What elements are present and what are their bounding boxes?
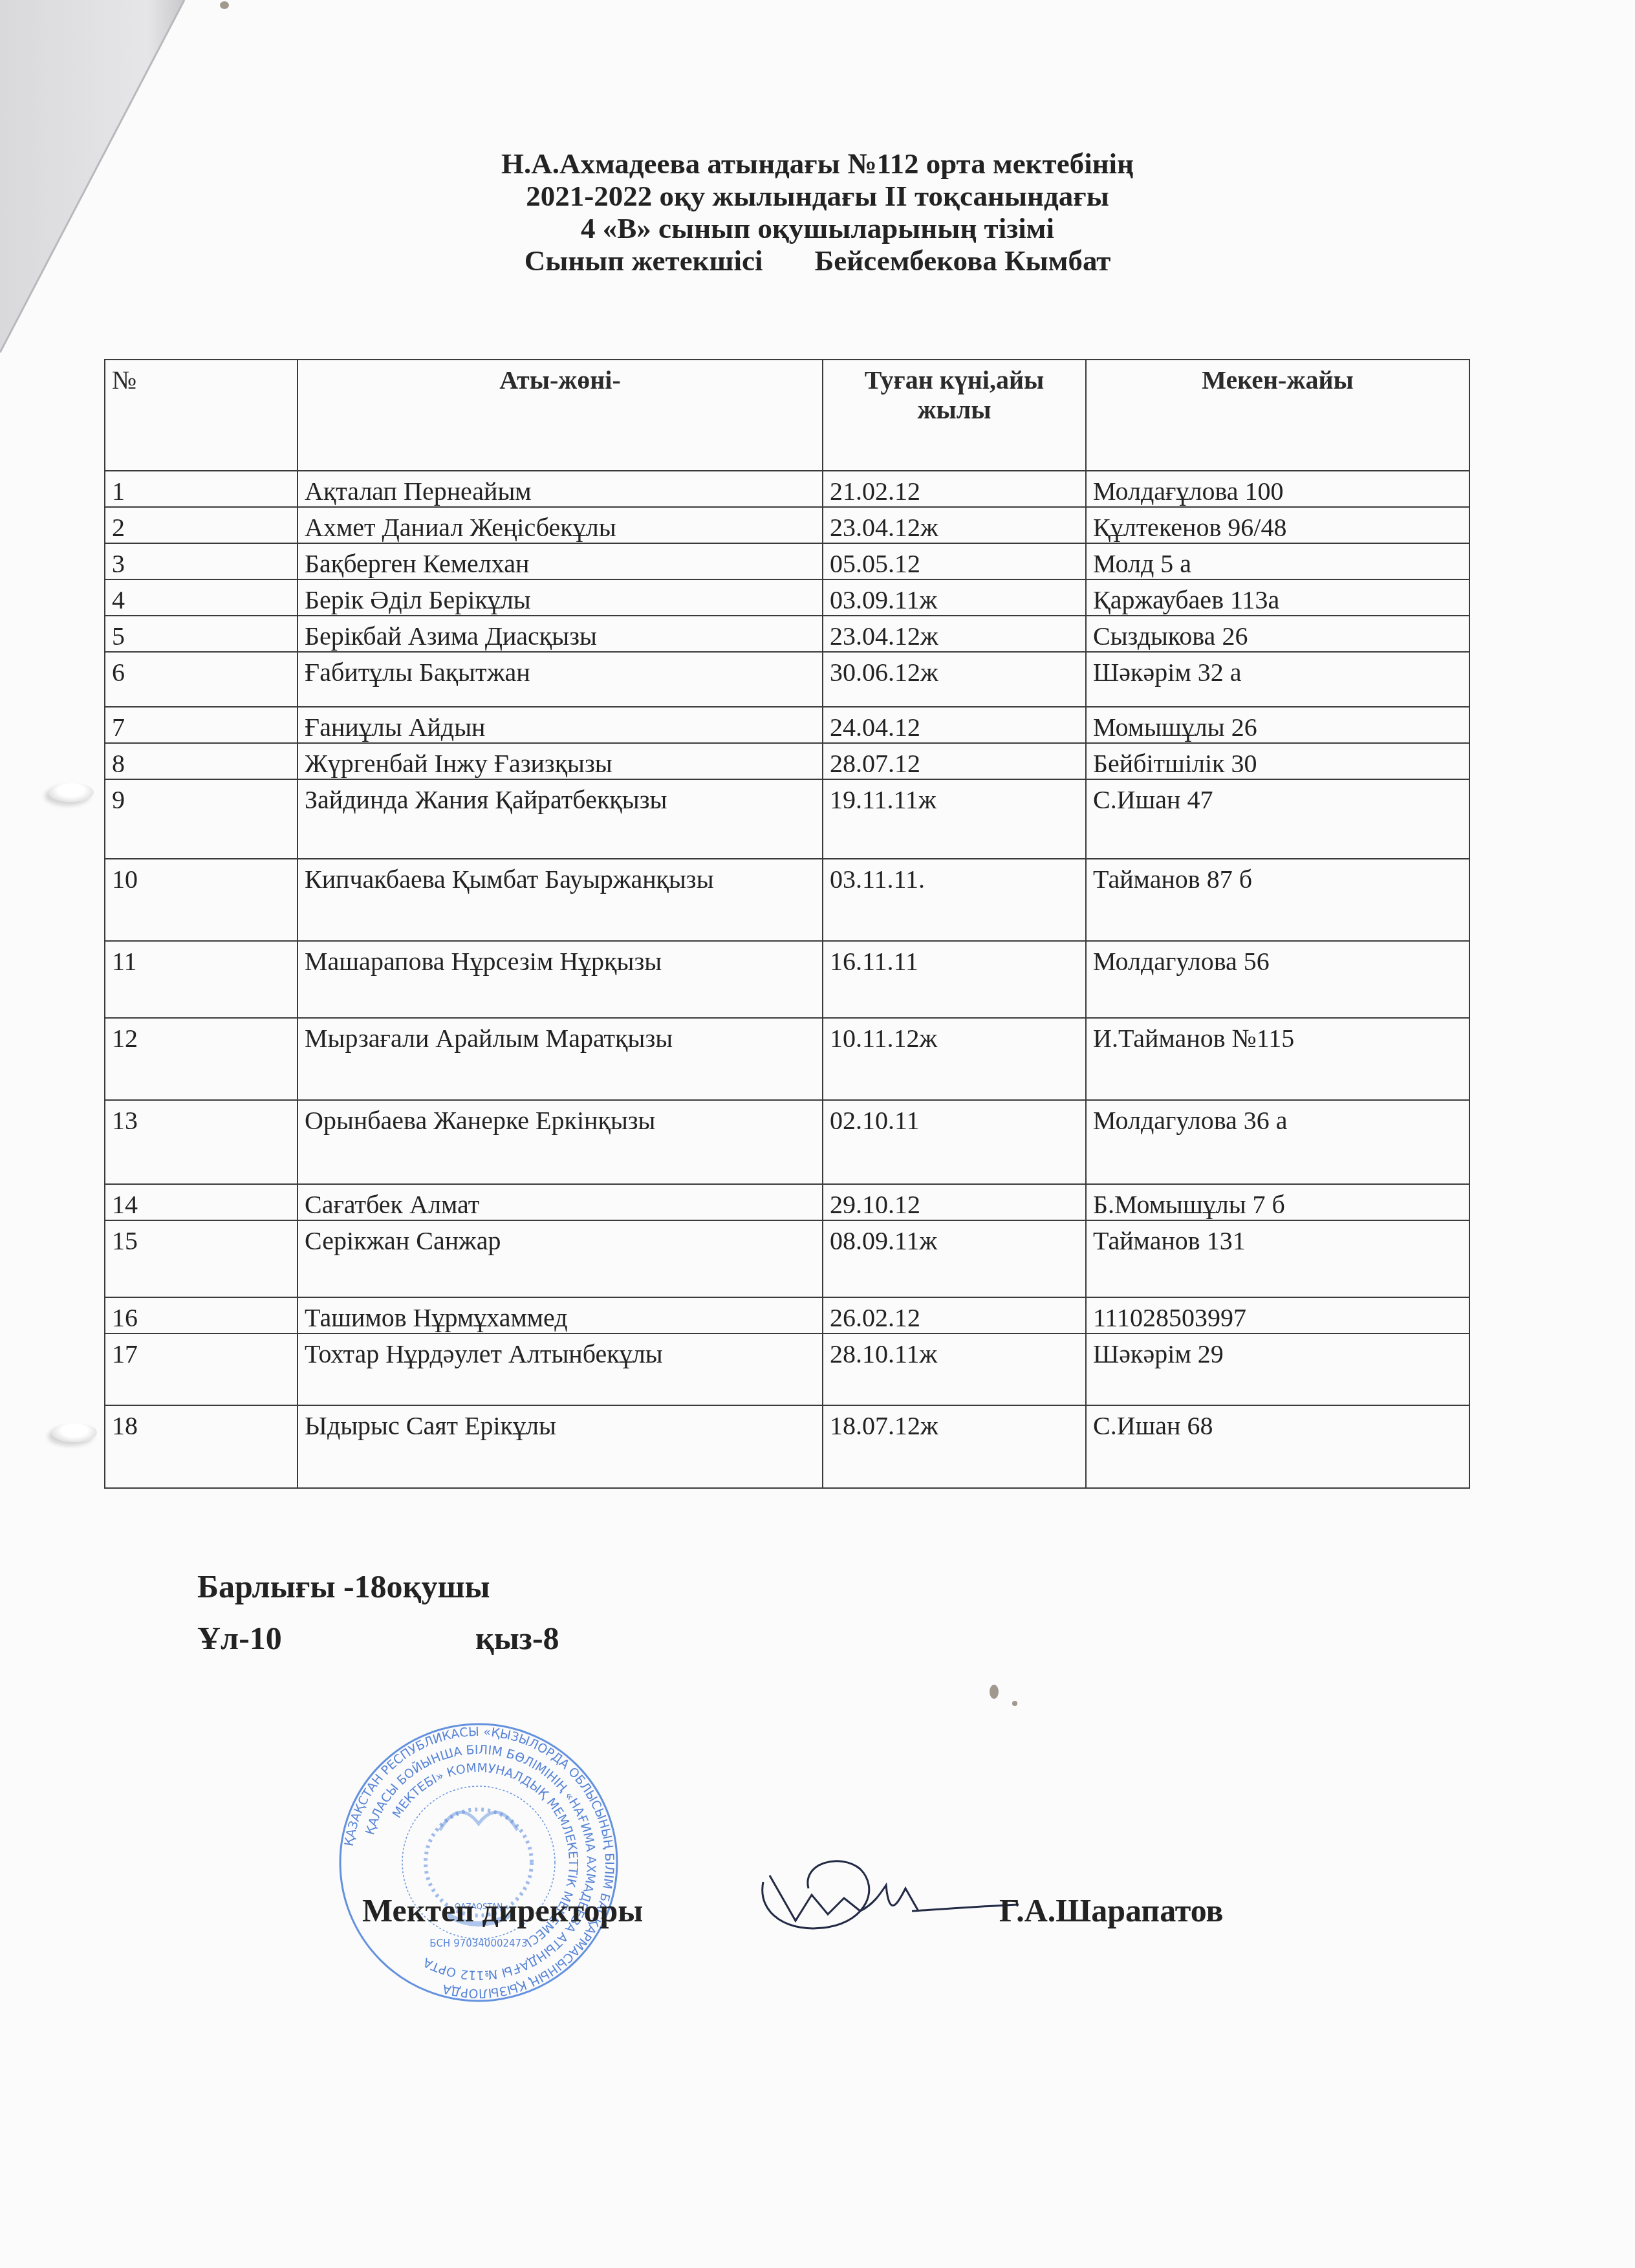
birth-date: 28.10.11ж [823,1334,1086,1405]
row-number: 15 [105,1220,298,1297]
table-row: 14Сағатбек Алмат29.10.12Б.Момышұлы 7 б [105,1184,1469,1220]
class-teacher-line: Сынып жетекшісіБейсембекова Кымбат [0,244,1635,277]
official-stamp: ҚАЗАҚСТАН РЕСПУБЛИКАСЫ «ҚЫЗЫЛОРДА ОБЛЫСЫ… [336,1720,621,2005]
paper-speck [220,1,229,9]
total-students: Барлығы -18оқушы [197,1568,490,1604]
row-number: 7 [105,707,298,743]
term-title: 2021-2022 оқу жылындағы ІІ тоқсанындағы [0,180,1635,212]
student-name: Тохтар Нұрдәулет Алтынбекұлы [298,1334,823,1405]
school-title: Н.А.Ахмадеева атындағы №112 орта мектебі… [0,147,1635,180]
birth-date: 05.05.12 [823,543,1086,579]
table-row: 2Ахмет Даниал Жеңісбекұлы23.04.12жҚұлтек… [105,507,1469,543]
birth-date: 26.02.12 [823,1297,1086,1334]
home-address: Шәкәрім 29 [1086,1334,1469,1405]
row-number: 5 [105,616,298,652]
birth-date: 02.10.11 [823,1100,1086,1184]
row-number: 14 [105,1184,298,1220]
home-address: С.Ишан 68 [1086,1405,1469,1488]
document-header: Н.А.Ахмадеева атындағы №112 орта мектебі… [0,147,1635,277]
student-name: Берік Әділ Берікұлы [298,579,823,616]
row-number: 4 [105,579,298,616]
row-number: 13 [105,1100,298,1184]
table-row: 9Зайдинда Жания Қайратбекқызы19.11.11жС.… [105,779,1469,859]
row-number: 2 [105,507,298,543]
row-number: 12 [105,1018,298,1100]
birth-date: 19.11.11ж [823,779,1086,859]
home-address: Бейбітшілік 30 [1086,743,1469,779]
home-address: Сыздыкова 26 [1086,616,1469,652]
header-number: № [105,360,298,471]
student-name: Зайдинда Жания Қайратбекқызы [298,779,823,859]
birth-date: 03.11.11. [823,859,1086,941]
table-row: 18Ыдырыс Саят Ерікұлы18.07.12жС.Ишан 68 [105,1405,1469,1488]
director-signature [750,1850,1022,1940]
student-name: Ақталап Пернеайым [298,471,823,507]
table-row: 15Серікжан Санжар08.09.11жТайманов 131 [105,1220,1469,1297]
birth-date: 30.06.12ж [823,652,1086,707]
table-row: 17Тохтар Нұрдәулет Алтынбекұлы28.10.11жШ… [105,1334,1469,1405]
birth-date: 10.11.12ж [823,1018,1086,1100]
student-name: Бақберген Кемелхан [298,543,823,579]
student-name: Орынбаева Жанерке Еркінқызы [298,1100,823,1184]
birth-date: 23.04.12ж [823,507,1086,543]
row-number: 8 [105,743,298,779]
header-full-name: Аты-жөні- [298,360,823,471]
home-address: Құлтекенов 96/48 [1086,507,1469,543]
table-row: 13Орынбаева Жанерке Еркінқызы02.10.11Мол… [105,1100,1469,1184]
student-name: Сағатбек Алмат [298,1184,823,1220]
table-row: 16Ташимов Нұрмұхаммед26.02.1211102850399… [105,1297,1469,1334]
home-address: Момышұлы 26 [1086,707,1469,743]
student-name: Мырзағали Арайлым Маратқызы [298,1018,823,1100]
home-address: Молдағұлова 100 [1086,471,1469,507]
student-name: Жүргенбай Інжу Ғазизқызы [298,743,823,779]
class-title: 4 «В» сынып оқушыларының тізімі [0,212,1635,244]
birth-date: 03.09.11ж [823,579,1086,616]
paper-speck [990,1685,999,1699]
boys-count: Ұл-10 [197,1620,282,1656]
student-name: Ташимов Нұрмұхаммед [298,1297,823,1334]
row-number: 16 [105,1297,298,1334]
birth-date: 08.09.11ж [823,1220,1086,1297]
birth-date: 29.10.12 [823,1184,1086,1220]
student-name: Кипчакбаева Қымбат Бауыржанқызы [298,859,823,941]
row-number: 3 [105,543,298,579]
home-address: Тайманов 131 [1086,1220,1469,1297]
birth-date: 23.04.12ж [823,616,1086,652]
home-address: Шәкәрім 32 а [1086,652,1469,707]
birth-date: 24.04.12 [823,707,1086,743]
class-teacher-label: Сынып жетекшісі [525,244,763,277]
header-address: Мекен-жайы [1086,360,1469,471]
girls-count: қыз-8 [475,1620,559,1656]
table-row: 10Кипчакбаева Қымбат Бауыржанқызы03.11.1… [105,859,1469,941]
row-number: 9 [105,779,298,859]
home-address: Молдагулова 56 [1086,941,1469,1018]
table-row: 8Жүргенбай Інжу Ғазизқызы28.07.12Бейбітш… [105,743,1469,779]
paper-speck [1012,1701,1017,1706]
birth-date: 16.11.11 [823,941,1086,1018]
svg-text:БСН 970340002473: БСН 970340002473 [429,1938,527,1949]
punch-hole [52,1423,97,1442]
birth-date: 21.02.12 [823,471,1086,507]
home-address: Б.Момышұлы 7 б [1086,1184,1469,1220]
row-number: 1 [105,471,298,507]
student-roster-table: № Аты-жөні- Туған күні,айы жылы Мекен-жа… [104,359,1470,1489]
student-name: Машарапова Нұрсезім Нұрқызы [298,941,823,1018]
table-row: 1Ақталап Пернеайым21.02.12Молдағұлова 10… [105,471,1469,507]
director-name: Г.А.Шарапатов [999,1892,1224,1929]
table-row: 5Берікбай Азима Диасқызы23.04.12жСыздыко… [105,616,1469,652]
row-number: 17 [105,1334,298,1405]
student-name: Ғабитұлы Бақытжан [298,652,823,707]
home-address: И.Тайманов №115 [1086,1018,1469,1100]
row-number: 10 [105,859,298,941]
student-name: Серікжан Санжар [298,1220,823,1297]
student-name: Ахмет Даниал Жеңісбекұлы [298,507,823,543]
table-row: 3Бақберген Кемелхан05.05.12Молд 5 а [105,543,1469,579]
gender-breakdown: Ұл-10 қыз-8 [197,1620,282,1656]
home-address: С.Ишан 47 [1086,779,1469,859]
home-address: Қаржаубаев 113а [1086,579,1469,616]
row-number: 18 [105,1405,298,1488]
table-row: 4Берік Әділ Берікұлы03.09.11жҚаржаубаев … [105,579,1469,616]
punch-hole [49,783,94,802]
header-birth-date: Туған күні,айы жылы [823,360,1086,471]
table-row: 6Ғабитұлы Бақытжан30.06.12жШәкәрім 32 а [105,652,1469,707]
home-address: Тайманов 87 б [1086,859,1469,941]
row-number: 6 [105,652,298,707]
table-header-row: № Аты-жөні- Туған күні,айы жылы Мекен-жа… [105,360,1469,471]
class-teacher-name: Бейсембекова Кымбат [815,244,1111,277]
table-row: 12Мырзағали Арайлым Маратқызы10.11.12жИ.… [105,1018,1469,1100]
student-name: Берікбай Азима Диасқызы [298,616,823,652]
student-name: Ғаниұлы Айдын [298,707,823,743]
home-address: Молдагулова 36 а [1086,1100,1469,1184]
table-row: 11Машарапова Нұрсезім Нұрқызы16.11.11Мол… [105,941,1469,1018]
home-address: Молд 5 а [1086,543,1469,579]
table-row: 7Ғаниұлы Айдын24.04.12Момышұлы 26 [105,707,1469,743]
director-label: Мектеп директоры [362,1892,643,1929]
row-number: 11 [105,941,298,1018]
student-name: Ыдырыс Саят Ерікұлы [298,1405,823,1488]
birth-date: 18.07.12ж [823,1405,1086,1488]
birth-date: 28.07.12 [823,743,1086,779]
home-address: 111028503997 [1086,1297,1469,1334]
